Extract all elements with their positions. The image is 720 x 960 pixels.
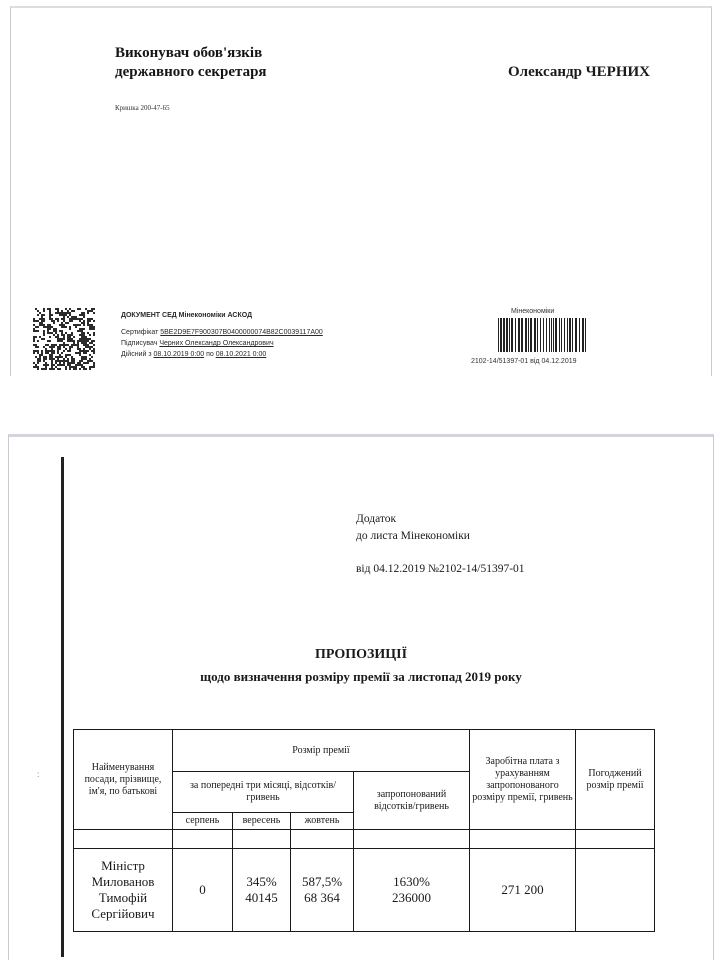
annex-header: Додаток до листа Мінекономіки від 04.12.… bbox=[356, 511, 525, 578]
spacer-cell bbox=[173, 830, 233, 849]
margin-mark: : bbox=[37, 769, 40, 779]
cell-name: Міністр Милованов Тимофій Сергійович bbox=[74, 849, 173, 932]
registration-number: 2102-14/51397-01 від 04.12.2019 bbox=[471, 358, 577, 365]
esignature-header: ДОКУМЕНТ СЕД Мінекономіки АСКОД bbox=[121, 310, 323, 321]
spacer-cell bbox=[470, 830, 576, 849]
signer-position: Виконувач обов'язків державного секретар… bbox=[115, 44, 267, 82]
margin-line bbox=[61, 457, 64, 957]
table-spacer-row bbox=[74, 830, 655, 849]
esignature-block: ДОКУМЕНТ СЕД Мінекономіки АСКОД Сертифік… bbox=[121, 310, 323, 360]
september-percent: 345% bbox=[235, 874, 288, 890]
spacer-cell bbox=[233, 830, 291, 849]
valid-to-label: по bbox=[206, 351, 214, 358]
qr-code-icon bbox=[33, 308, 95, 370]
cell-salary: 271 200 bbox=[470, 849, 576, 932]
signer-name: Олександр ЧЕРНИХ bbox=[508, 64, 650, 81]
certificate-line: Сертифікат 5BE2D9E7F900307B0400000074B82… bbox=[121, 327, 323, 338]
cell-proposed: 1630% 236000 bbox=[354, 849, 470, 932]
cell-september: 345% 40145 bbox=[233, 849, 291, 932]
annex-label: Додаток bbox=[356, 511, 525, 528]
document-subtitle: щодо визначення розміру премії за листоп… bbox=[9, 669, 713, 685]
proposed-amount: 236000 bbox=[356, 890, 467, 906]
first-name: Тимофій bbox=[76, 890, 170, 906]
signer-label: Підписувач bbox=[121, 340, 157, 347]
header-previous: за попередні три місяці, відсотків/гриве… bbox=[173, 772, 354, 813]
header-month-september: вересень bbox=[233, 813, 291, 830]
cell-october: 587,5% 68 364 bbox=[291, 849, 354, 932]
annex-letter: до листа Мінекономіки bbox=[356, 528, 525, 545]
valid-from: 08.10.2019 0:00 bbox=[154, 351, 205, 358]
header-proposed: запропонований відсотків/гривень bbox=[354, 772, 470, 830]
september-amount: 40145 bbox=[235, 890, 288, 906]
spacer-cell bbox=[74, 830, 173, 849]
annex-page: : Додаток до листа Мінекономіки від 04.1… bbox=[8, 434, 714, 960]
patronymic: Сергійович bbox=[76, 906, 170, 922]
header-salary: Заробітна плата з урахуванням запропонов… bbox=[470, 730, 576, 830]
letter-page: Виконувач обов'язків державного секретар… bbox=[10, 6, 712, 376]
spacer-cell bbox=[576, 830, 655, 849]
certificate-label: Сертифікат bbox=[121, 329, 158, 336]
annex-reference: від 04.12.2019 №2102-14/51397-01 bbox=[356, 561, 525, 578]
document-title: ПРОПОЗИЦІЇ bbox=[9, 647, 713, 663]
bonus-table: Найменування посади, прізвище, ім'я, по … bbox=[73, 729, 655, 932]
proposed-percent: 1630% bbox=[356, 874, 467, 890]
table-row: Міністр Милованов Тимофій Сергійович 0 3… bbox=[74, 849, 655, 932]
october-amount: 68 364 bbox=[293, 890, 351, 906]
position: Міністр bbox=[76, 858, 170, 874]
header-name: Найменування посади, прізвище, ім'я, по … bbox=[74, 730, 173, 830]
cell-august: 0 bbox=[173, 849, 233, 932]
header-bonus: Розмір премії bbox=[173, 730, 470, 772]
signer-line: Підписувач Черних Олександр Олександрови… bbox=[121, 338, 323, 349]
header-month-october: жовтень bbox=[291, 813, 354, 830]
barcode-label: Мінекономіки bbox=[511, 308, 554, 315]
valid-to: 08.10.2021 0:00 bbox=[216, 351, 267, 358]
validity-line: Дійсний з 08.10.2019 0:00 по 08.10.2021 … bbox=[121, 349, 323, 360]
signer-position-line: державного секретаря bbox=[115, 63, 267, 82]
signer-position-line: Виконувач обов'язків bbox=[115, 44, 267, 63]
header-agreed: Погоджений розмір премії bbox=[576, 730, 655, 830]
spacer-cell bbox=[291, 830, 354, 849]
cell-agreed bbox=[576, 849, 655, 932]
certificate-value: 5BE2D9E7F900307B0400000074B82C0039117A00 bbox=[160, 329, 323, 336]
barcode-icon bbox=[498, 318, 588, 352]
valid-from-label: Дійсний з bbox=[121, 351, 152, 358]
october-percent: 587,5% bbox=[293, 874, 351, 890]
surname: Милованов bbox=[76, 874, 170, 890]
executor-phone: Кришка 200-47-65 bbox=[115, 104, 170, 112]
signer-value: Черних Олександр Олександрович bbox=[159, 340, 273, 347]
header-month-august: серпень bbox=[173, 813, 233, 830]
spacer-cell bbox=[354, 830, 470, 849]
